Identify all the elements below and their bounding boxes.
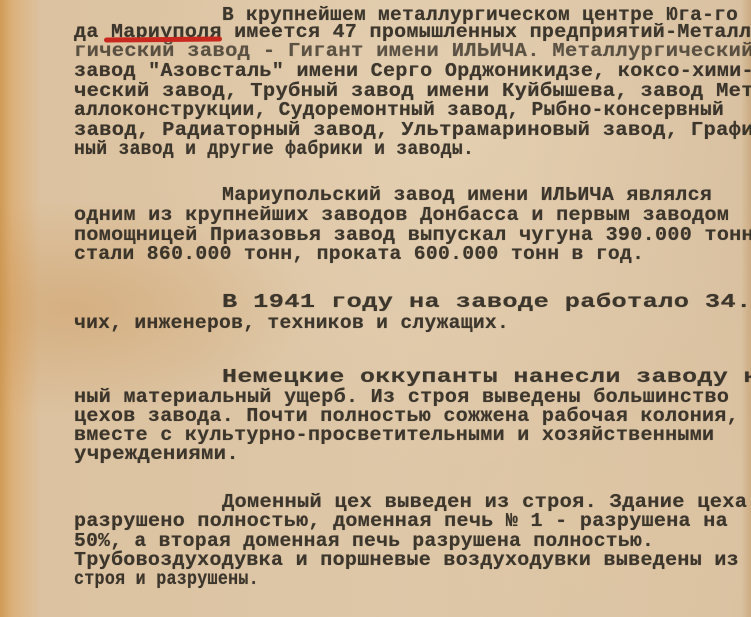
text-line: разрушено полностью, доменная печь № 1 -… xyxy=(74,510,728,532)
text-line: строя и разрушены. xyxy=(74,568,259,590)
text-line: Немецкие оккупанты нанесли заводу колосс… xyxy=(222,366,751,388)
text-line: аллоконструкции, Судоремонтный завод, Ры… xyxy=(74,99,724,121)
text-line: гический завод - Гигант имени ИЛЬИЧА. Ме… xyxy=(74,40,751,62)
text-line: ный завод и другие фабрики и заводы. xyxy=(74,138,474,160)
text-line: стали 860.000 тонн, проката 600.000 тонн… xyxy=(74,243,644,265)
text-line: завод "Азовсталь" имени Серго Орджоникид… xyxy=(74,60,751,82)
document-page: В крупнейшем металлургическом центре Юга… xyxy=(0,0,751,617)
text-line: чих, инженеров, техников и служащих. xyxy=(74,312,509,334)
text-line: В 1941 году на заводе работало 34.900 ра… xyxy=(222,291,751,313)
text-line: одним из крупнейших заводов Донбасса и п… xyxy=(74,204,729,226)
text-line: учреждениями. xyxy=(74,443,239,465)
text-line: Мариупольский завод имени ИЛЬИЧА являлся xyxy=(222,184,712,206)
